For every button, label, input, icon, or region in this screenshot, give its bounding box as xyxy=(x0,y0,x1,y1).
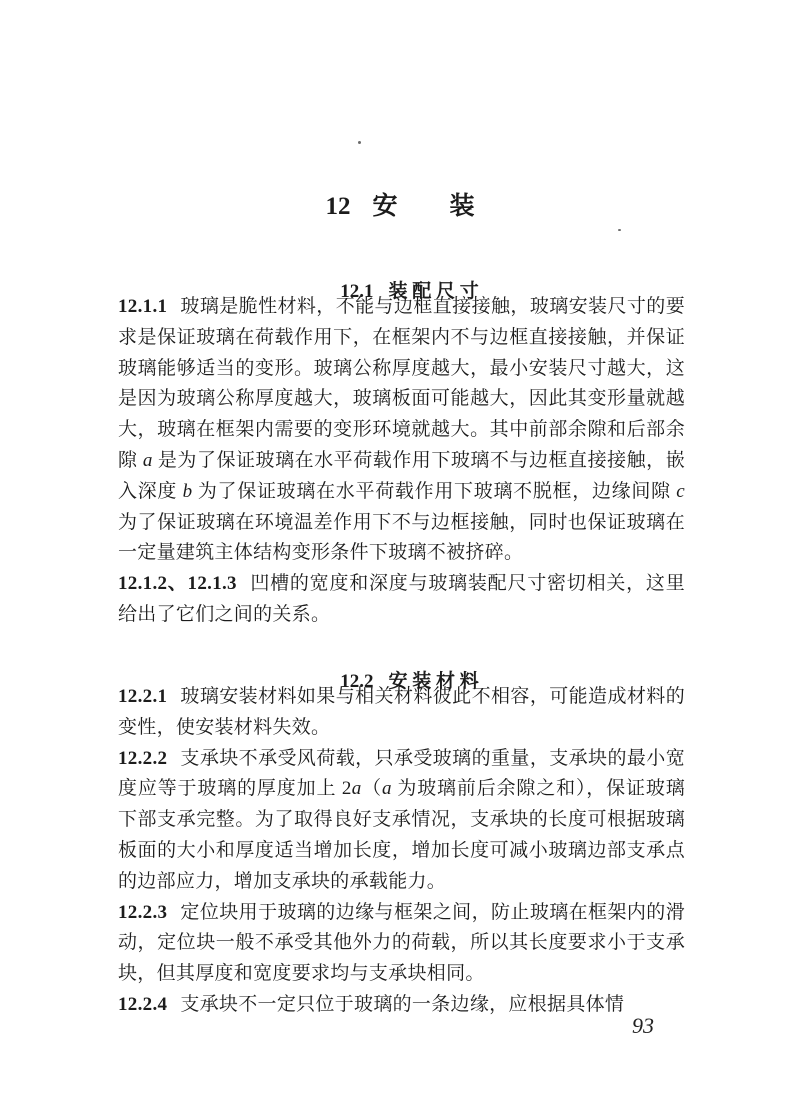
paragraph-12-1-1: 12.1.1玻璃是脆性材料，不能与边框直接接触，玻璃安装尺寸的要求是保证玻璃在荷… xyxy=(118,292,685,569)
scan-speck xyxy=(618,229,621,231)
paragraph-12-2-4: 12.2.4支承块不一定只位于玻璃的一条边缘，应根据具体情 xyxy=(118,990,685,1021)
chapter-title-char: 安 xyxy=(372,186,397,222)
paragraph-12-2-3: 12.2.3定位块用于玻璃的边缘与框架之间，防止玻璃在框架内的滑动，定位块一般不… xyxy=(118,898,685,990)
section-body-12-2: 12.2.1玻璃安装材料如果与相关材料彼此不相容，可能造成材料的变性，使安装材料… xyxy=(118,682,685,1021)
scan-speck xyxy=(358,141,361,144)
paragraph-12-2-2: 12.2.2支承块不承受风荷载，只承受玻璃的重量，支承块的最小宽度应等于玻璃的厚… xyxy=(118,744,685,898)
section-body-12-1: 12.1.1玻璃是脆性材料，不能与边框直接接触，玻璃安装尺寸的要求是保证玻璃在荷… xyxy=(118,292,685,631)
paragraph-12-1-2-3: 12.1.2、12.1.3凹槽的宽度和深度与玻璃装配尺寸密切相关，这里给出了它们… xyxy=(118,569,685,631)
chapter-title: 12 安 装 xyxy=(0,186,800,222)
paragraph-12-2-1: 12.2.1玻璃安装材料如果与相关材料彼此不相容，可能造成材料的变性，使安装材料… xyxy=(118,682,685,744)
chapter-title-char: 装 xyxy=(450,186,475,222)
page-number: 93 xyxy=(632,1013,654,1039)
chapter-number: 12 xyxy=(325,193,350,221)
document-page: 12 安 装 12.1装 配 尺 寸 12.1.1玻璃是脆性材料，不能与边框直接… xyxy=(0,0,800,1120)
